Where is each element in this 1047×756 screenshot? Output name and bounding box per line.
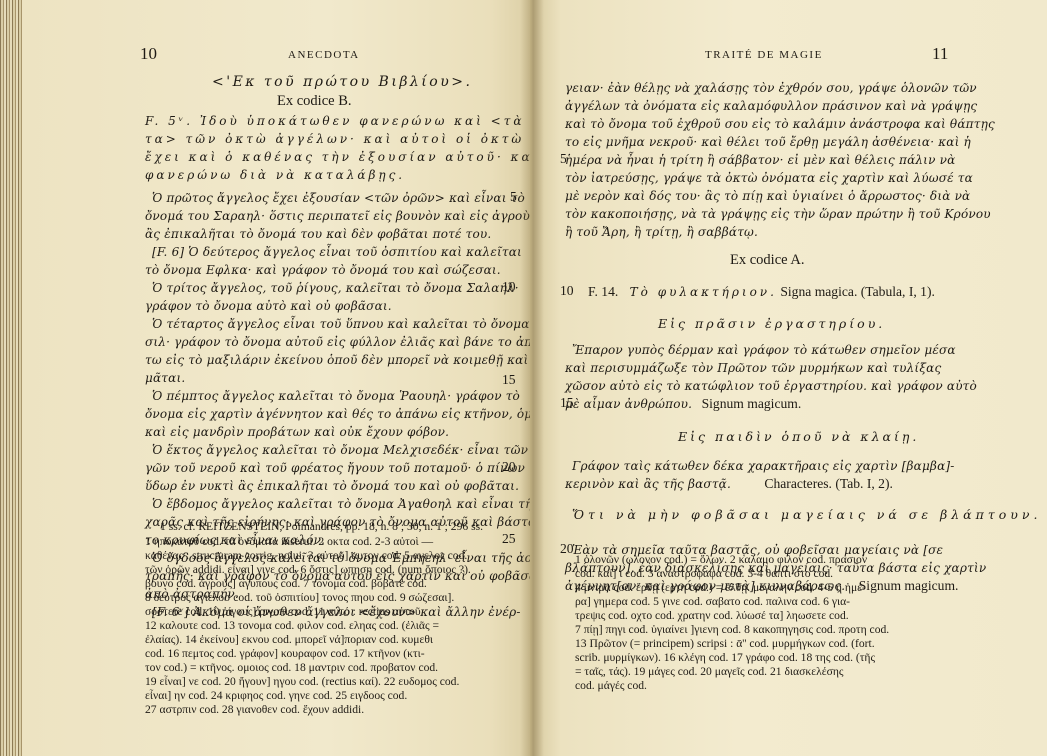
folio-ref: F. 14.	[588, 284, 618, 299]
text-line: ἀγγέλων τὰ ὀνόματα εἰς καλαμόφυλλον πράσ…	[565, 97, 977, 115]
footnote-line: 19 εἶναι] νε cod. 20 ἤγουν] ηγου cod. (r…	[145, 675, 459, 689]
latin-note: Signum magicum.	[702, 396, 802, 411]
text-line: τὸν κακοποιήσῃς, νὰ τὰ γράψῃς εἰς τὴν ὥρ…	[565, 205, 991, 223]
text-line: Ὁ πρῶτος ἄγγελος ἔχει ἐξουσίαν <τῶν ὀρῶν…	[152, 189, 525, 207]
phylactery-latin: Signa magica. (Tabula, I, 1).	[780, 284, 935, 299]
text-line: κερινὸν καὶ ἂς τῆς βαστᾷ. Characteres. (…	[565, 475, 893, 493]
footnote-line: 7 πίῃ] πηγι cod. ὑγιαίνει ]γιενη cod. 8 …	[575, 623, 889, 637]
footnote-line: scrib. μυρμίγκων). 16 κλέγη cod. 17 γράφ…	[575, 651, 875, 665]
text-line: καὶ περισυμμάζωξε τὸν Πρῶτον τῶν μυρμήκω…	[565, 359, 941, 377]
book-spread: 10 ANECDOTA <'Εκ τοῦ πρώτου Βιβλίου>. Ex…	[0, 0, 1047, 756]
section-heading: Ex codice A.	[730, 252, 805, 269]
text-line: το εἰς μνῆμα νεκροῦ· καὶ θέλει τοῦ ἔρθῃ …	[565, 133, 971, 151]
text-line: μὲ νερὸν καὶ δός του· ἂς τὸ πίῃ καὶ ὑγια…	[565, 187, 970, 205]
text-line: σιλ· γράφον τὸ ὄνομα αὐτοῦ εἰς φύλλον ἐλ…	[145, 333, 560, 351]
text-line: Ὁ πέμπτος ἄγγελος καλεῖται τὸ ὄνομα Ῥαου…	[152, 387, 520, 405]
footnote-line: ρα] γημερα cod. 5 γινε cod. σαβατο cod. …	[575, 595, 850, 609]
footnote-line: εἶναι] ην cod. 24 κριφηος cod. γηνε cod.…	[145, 689, 407, 703]
footnote-line: 27 αστρπιν cod. 28 γιανοθεν cod. ἔχουν a…	[145, 703, 364, 717]
text-line: ἢ τοῦ Ἄρη, ἢ τρίτῃ, ἢ σαββάτῳ.	[565, 223, 758, 241]
line-number: 15	[502, 372, 516, 388]
footnote-line: τον cod.) = κτῆνος. ομοιος cod. 18 μαντρ…	[145, 661, 438, 675]
footnote-line: cod. μάγές cod.	[575, 679, 647, 693]
footnote-line: 13 Πρῶτον (= principem) scripsi : ᾱ'' co…	[575, 637, 875, 651]
footnote-line: cod. καί] ι cod. 3 αναστροφαφα cod. 3-4 …	[575, 567, 833, 581]
footnote-line: 1 ss. cf. REITZENSTEIN, Poimandres, pp. …	[160, 520, 483, 534]
text-line: Ἔπαρον γυπὸς δέρμαν καὶ γράφον τὸ κάτωθε…	[572, 341, 956, 359]
text-line: Γράφον ταὶς κάτωθεν δέκα χαρακτῆραις εἰς…	[572, 457, 955, 475]
phylactery-line: F. 14. Τὸ φυλακτήριον. Signa magica. (Ta…	[588, 283, 935, 301]
line-number: 20	[560, 541, 574, 557]
footnote-line: καθένας : structuram corrig. nolui. 3 αὐ…	[145, 549, 467, 563]
running-head: TRAITÉ DE MAGIE	[705, 49, 823, 61]
line-number: 10	[560, 283, 574, 299]
line-number: 20	[502, 459, 516, 475]
phylactery-title: Τὸ φυλακτήριον.	[630, 285, 777, 299]
footnote-line: 12 καλουτε cod. 13 τονομα cod. φιλον cod…	[145, 619, 439, 633]
subheading-magic: Ὅτι νὰ μὴν φοβᾶσαι μαγείαις νά σε βλάπτο…	[572, 507, 1041, 522]
text-line: μᾶται.	[145, 369, 185, 387]
footnote-line: 4 μνιμα cod. ἔρθῃ (ερτη cod.) = ἔλθῃ. με…	[575, 581, 866, 595]
text-line: ἂς ἐπικαλῆται τὸ ὄνομά του καὶ δὲν φοβᾶτ…	[145, 225, 491, 243]
subheading-child: Εἰς παιδὶν ὁποῦ νὰ κλαίῃ.	[678, 429, 919, 444]
text-line: μὲ αἷμαν ἀνθρώπου. Signum magicum.	[565, 395, 801, 413]
line-number: 10	[502, 279, 516, 295]
gutter-shadow	[520, 0, 544, 756]
text-line: γειαν· ἐὰν θέλῃς νὰ χαλάσῃς τὸν ἐχθρόν σ…	[565, 79, 977, 97]
text-line: τὸν ἰατρεύσῃς, γράψε τὰ ὀκτὼ ὀνόματα εἰς…	[565, 169, 973, 187]
text-line: Ὁ τέταρτος ἄγγελος εἶναι τοῦ ὕπνου καὶ κ…	[152, 315, 551, 333]
text-line: Ὁ τρίτος ἄγγελος, τοῦ ῥίγους, καλεῖται τ…	[152, 279, 519, 297]
section-subtitle: Ex codice B.	[277, 93, 352, 110]
footnote-line: 1 ὁλονῶν (ωλονον cod.) = ὅλων. 2 καλαμο …	[575, 553, 867, 567]
text-line: καὶ τὸ ὄνομα τοῦ ἐχθροῦ σου εἰς τὸ καλάμ…	[565, 115, 995, 133]
latin-note: Characteres. (Tab. I, 2).	[764, 476, 893, 491]
text-line: ὄνομά του Σαραηλ· ὅστις περιπατεῖ εἰς βο…	[145, 207, 537, 225]
text-line: τω εἰς τὸ μαξιλάριν ἐκείνου ὁποῦ δὲν μπο…	[145, 351, 557, 369]
text-line: ὕδωρ ἐν νυκτὶ ἂς ἐπικαλῆται τὸ ὄνομά του…	[145, 477, 519, 495]
text-line: φανερώνω διὰ νὰ καταλάβῃς.	[145, 166, 405, 184]
footnote-line: βουνο cod. ἀγρούς] αγυπους cod. 7 τονομα…	[145, 577, 427, 591]
page-number: 11	[932, 44, 948, 64]
line-number: 5	[510, 189, 517, 205]
text-line: χῶσον αὐτὸ εἰς τὸ κατώφλιον τοῦ ἐργαστηρ…	[565, 377, 977, 395]
footnote-line: 1 ηποκατοθ cod. τὰ ὀνόματα inserui. 2 οκ…	[145, 535, 433, 549]
footnote-line: τῶν ὀρῶν addidi. εἶναι] γινε cod. 6 ὅστι…	[145, 563, 471, 577]
section-title: <'Εκ τοῦ πρώτου Βιβλίου>.	[212, 74, 472, 90]
text-line: Ὁ ἕβδομος ἄγγελος καλεῖται τὸ ὄνομα Ἀγαθ…	[152, 495, 539, 513]
text-line: ἡμέρα νὰ ἦναι ἡ τρίτη ἢ σάββατον· εἰ μὲν…	[565, 151, 955, 169]
text-line: γράφον τὸ ὄνομα αὐτὸ καὶ οὐ φοβᾶσαι.	[145, 297, 392, 315]
line-number: 5	[560, 151, 567, 167]
text-line: τὸ ὄνομα Εφλκα· καὶ γράφον τὸ ὄνομά του …	[145, 261, 501, 279]
text-line: [F. 6] Ὁ δεύτερος ἄγγελος εἶναι τοῦ ὀσπι…	[152, 243, 522, 261]
page-edges	[0, 0, 22, 756]
text-line: καὶ εἰς μανδρὶν προβάτων καὶ οὐκ ἔχουν φ…	[145, 423, 449, 441]
text-line: ὄνομα εἰς χαρτὶν ἀγέννητον καὶ θές το ἀπ…	[145, 405, 562, 423]
latin-note: Signum magicum.	[859, 578, 959, 593]
text-line: Ὁ ἕκτος ἄγγελος καλεῖται τὸ ὄνομα Μελχισ…	[152, 441, 552, 459]
footnote-line: ἐλαίας). 14 ἐκείνου] εκνου cod. μπορεῖ ν…	[145, 633, 433, 647]
subheading-workshop: Εἰς πρᾶσιν ἐργαστηρίου.	[658, 316, 885, 331]
running-head: ANECDOTA	[288, 49, 360, 61]
footnote-line: τρεψις cod. οχτο cod. χρατην cod. λύωσέ …	[575, 609, 849, 623]
footnote-line: σοστετε cod. 10 ῥίγους] ριγοπι cod. 11 α…	[145, 605, 424, 619]
page-number: 10	[140, 44, 157, 64]
text-line: γῶν τοῦ νεροῦ καὶ τοῦ φρέατος ἤγουν τοῦ …	[145, 459, 525, 477]
line-number: 25	[502, 531, 516, 547]
footnote-line: 8 δευτρος αγιελοσ cod. τοῦ ὀσπιτίου] τον…	[145, 591, 454, 605]
footnote-line: = ταῖς, τάς). 19 μάγες cod. 20 μαγεῖς co…	[575, 665, 844, 679]
footnote-line: cod. 16 πεμτος cod. γράφον] κουραφον cod…	[145, 647, 425, 661]
line-number: 15	[560, 395, 574, 411]
